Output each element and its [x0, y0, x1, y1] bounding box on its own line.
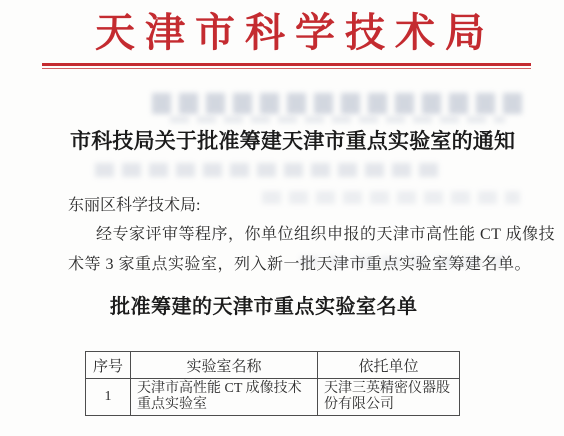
body-paragraph-line-2: 术等 3 家重点实验室，列入新一批天津市重点实验室筹建名单。: [68, 251, 531, 274]
notice-title: 市科技局关于批准筹建天津市重点实验室的通知: [70, 125, 515, 155]
cell-supporting-org-line-2: 份有限公司: [324, 397, 459, 413]
bleedthrough-artifact: [95, 163, 445, 177]
letterhead-org-name: 天津市科学技术局: [95, 10, 495, 56]
header-cell-supporting-org: 依托单位: [318, 352, 460, 379]
cell-lab-name-line-2: 重点实验室: [137, 397, 317, 413]
document-page: 天津市科学技术局 市科技局关于批准筹建天津市重点实验室的通知 东丽区科学技术局:…: [0, 0, 564, 436]
bleedthrough-artifact: [152, 93, 524, 114]
bleedthrough-artifact: [262, 191, 520, 204]
salutation-line: 东丽区科学技术局:: [68, 192, 200, 215]
table-header-row: 序号 实验室名称 依托单位: [86, 352, 460, 379]
letterhead-rule: [42, 63, 531, 69]
bleedthrough-artifact: [170, 116, 505, 123]
cell-lab-name-line-1: 天津市高性能 CT 成像技术: [137, 381, 317, 397]
header-cell-lab-name: 实验室名称: [131, 352, 318, 379]
table-row: 1 天津市高性能 CT 成像技术 重点实验室 天津三英精密仪器股 份有限公司: [86, 379, 460, 416]
header-cell-index: 序号: [86, 352, 131, 379]
letterhead-rule-thin: [42, 68, 531, 69]
body-paragraph-line-1: 经专家评审等程序，你单位组织申报的天津市高性能 CT 成像技: [96, 221, 555, 244]
approved-labs-table: 序号 实验室名称 依托单位 1 天津市高性能 CT 成像技术 重点实验室 天津三…: [85, 351, 460, 416]
cell-lab-name: 天津市高性能 CT 成像技术 重点实验室: [131, 379, 318, 416]
cell-index: 1: [86, 379, 131, 416]
cell-supporting-org: 天津三英精密仪器股 份有限公司: [318, 379, 460, 416]
cell-supporting-org-line-1: 天津三英精密仪器股: [324, 381, 459, 397]
lab-list-section-title: 批准筹建的天津市重点实验室名单: [110, 290, 418, 319]
letterhead-rule-thick: [42, 63, 531, 66]
